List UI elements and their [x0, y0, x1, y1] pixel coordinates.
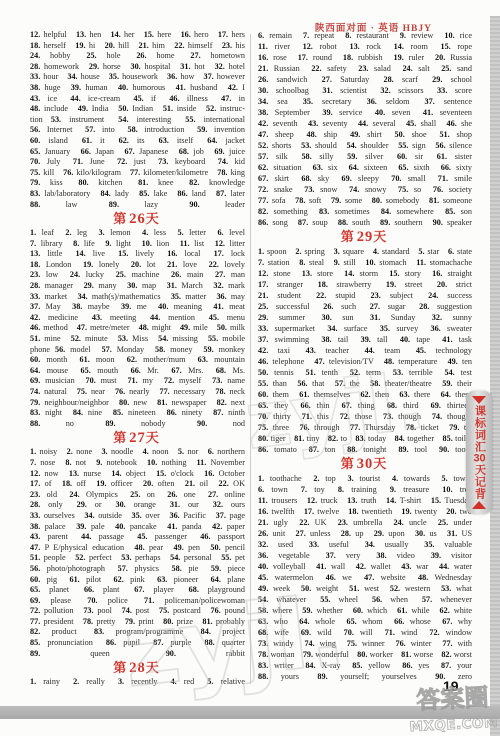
- word-line: 33. supermarket 34. surface 35. survey 3…: [258, 323, 472, 334]
- word-line: 56. Internet 57. into 58. introduction 5…: [30, 125, 245, 136]
- word-line: 65. they 66. thin 67. thing 68. third 69…: [258, 400, 472, 411]
- word-line: 17. of 18. off 19. officer 20. often 21.…: [30, 479, 245, 490]
- word-line: 42. taxi 43. teacher 44. team 45. techno…: [258, 345, 472, 356]
- word-line: 70. July 71. June 72. just 73. keyboard …: [30, 157, 245, 168]
- day-heading: 第28天: [30, 660, 245, 676]
- word-line: 51. people 52. perfect 53. perhaps 54. p…: [30, 553, 245, 564]
- word-line: 50. tennis 51. tenth 52. term 53. terrib…: [258, 367, 472, 378]
- word-line: 75. kill 76. kilo/kilogram 77. kilometer…: [30, 168, 245, 179]
- page-edge-strip: [490, 16, 500, 736]
- word-line: 37. swimming 38. tail 39. tall 40. tape …: [258, 334, 472, 345]
- word-line: 29. summer 30. sun 31. Sunday 32. sunny: [258, 312, 472, 323]
- word-line: 54. whatever 55. wheel 56. when 57. when…: [258, 594, 472, 605]
- side-tab-vocab-30days[interactable]: 课标词汇30天记背: [466, 391, 492, 514]
- word-line: 72. pollution 73. pool 74. post 75. post…: [30, 606, 245, 617]
- word-line: 33. ourselves 34. outside 35. over 36. P…: [30, 511, 245, 522]
- word-line: 16. twelfth 17. twelve 18. twentieth 19.…: [258, 506, 472, 517]
- word-line: phone 56. model 57. Monday 58. money 59.…: [30, 345, 245, 356]
- word-line: 79. kiss 80. kitchen 81. knee 82. knowle…: [30, 178, 245, 189]
- page-number: 19: [443, 678, 459, 694]
- word-line: 33. market 34. math(s)/mathematics 35. m…: [30, 292, 245, 303]
- word-line: 16. rose 17. round 18. rubbish 19. ruler…: [258, 52, 472, 63]
- word-line: 58. where 59. whether 60. which 61. whil…: [258, 605, 472, 616]
- word-line: 74. natural 75. near 76. nearly 77. nece…: [30, 387, 245, 398]
- word-line: 18. herself 19. hi 20. hill 21. him 22. …: [30, 41, 245, 52]
- word-line: 69. please 70. police 71. policeman/poli…: [30, 596, 245, 607]
- word-line: 56. photo/photograph 57. physics 58. pie…: [30, 564, 245, 575]
- triangle-down-icon: [472, 396, 486, 404]
- word-line: 51. mine 52. minute 53. Miss 54. missing…: [30, 334, 245, 345]
- word-line: 85. pronunciation 86. pupil 87. purple 8…: [30, 638, 245, 649]
- day-heading: 第29天: [258, 229, 472, 245]
- word-line: 13. little 14. live 15. lively 16. local…: [30, 249, 245, 260]
- word-line: tion 53. instrument 54. interesting 55. …: [30, 115, 245, 126]
- word-line: 78. woman 79. wonderful 80. worker 81. w…: [258, 649, 472, 660]
- word-line: 88. yours 89. yourself; yourselves 90. z…: [258, 671, 472, 682]
- word-line: 21. student 22. stupid 23. subject 24. s…: [258, 290, 472, 301]
- word-line: 23. old 24. Olympics 25. on 26. one 27. …: [30, 490, 245, 501]
- word-line: 11. trousers 12. truck 13. truth 14. T-s…: [258, 495, 472, 506]
- word-line: 52. shorts 53. should 54. shoulder 55. s…: [258, 140, 472, 151]
- word-line: 60. month 61. moon 62. mother/mum 63. mo…: [30, 355, 245, 366]
- word-line: 38. palace 39. pale 40. pancake 41. pand…: [30, 522, 245, 533]
- word-line: 47. sheep 48. ship 49. shirt 50. shoe 51…: [258, 129, 472, 140]
- page-bottom-band: [0, 706, 500, 719]
- word-line: 32. used 33. useful 34. usually 35. valu…: [258, 539, 472, 550]
- word-line: 40. volleyball 41. wall 42. wallet 43. w…: [258, 561, 472, 572]
- word-line: 36. vegetable 37. very 38. video 39. vis…: [258, 550, 472, 561]
- word-line: 82. something 83. sometimes 84. somewher…: [258, 206, 472, 217]
- word-line: 1. rainy 2. really 3. recently 4. red 5.…: [30, 677, 245, 688]
- word-line: 28. only 29. or 30. orange 31. our 32. o…: [30, 500, 245, 511]
- word-line: 37. May 38. maybe 39. me 40. meaning 41.…: [30, 302, 245, 313]
- word-line: 88. no 89. nobody 90. nod: [30, 419, 245, 430]
- word-line: 24. hobby 25. hole 26. home 27. hometown: [30, 51, 245, 62]
- word-line: 63. who 64. whole 65. whom 66. whose 67.…: [258, 616, 472, 627]
- word-line: 21. Russian 22. safety 23. salad 24. sal…: [258, 63, 472, 74]
- left-column: 12. helpful 13. hen 14. her 15. here 16.…: [30, 30, 245, 688]
- word-line: 65. planet 66. plant 67. player 68. play…: [30, 585, 245, 596]
- word-line: 43. ice 44. ice-cream 45. if 46. illness…: [30, 94, 245, 105]
- word-line: 47. P E/physical education 48. pear 49. …: [30, 543, 245, 554]
- word-line: 46. telephone 47. television/TV 48. temp…: [258, 356, 472, 367]
- triangle-up-icon: [472, 501, 486, 509]
- word-line: 70. thirty 71. this 72. those 73. though…: [258, 411, 472, 422]
- word-line: 30. schoolbag 31. scientist 32. scissors…: [258, 85, 472, 96]
- word-line: 60. island 61. it 62. its 63. itself 64.…: [30, 136, 245, 147]
- word-line: 86. song 87. soup 88. south 89. southern…: [258, 217, 472, 228]
- word-line: 43. parent 44. passage 45. passenger 46.…: [30, 532, 245, 543]
- word-line: 33. hour 34. house 35. housework 36. how…: [30, 72, 245, 83]
- word-line: 42. seventh 43. seventy 44. several 45. …: [258, 118, 472, 129]
- word-line: 73. windy 74. wing 75. winner 76. winter…: [258, 638, 472, 649]
- word-line: 86. tomato 87. ton 88. tonight 89. tool …: [258, 444, 472, 455]
- word-line: 79. neighbour/neighbor 80. new 81. newsp…: [30, 398, 245, 409]
- word-line: 83. lab/laboratory 84. lady 85. lake 86.…: [30, 189, 245, 200]
- word-line: 77. president 78. pretty 79. print 80. p…: [30, 617, 245, 628]
- word-line: 57. silk 58. silly 59. silver 60. sir 61…: [258, 151, 472, 162]
- word-line: 17. stranger 18. strawberry 19. street 2…: [258, 279, 472, 290]
- right-column: 6. remain 7. repeat 8. restaurant 9. rev…: [258, 30, 472, 682]
- side-tab-label: 课标词汇30天记背: [474, 405, 485, 500]
- column-divider: [250, 34, 251, 684]
- word-line: 65. January 66. Japan 67. Japanese 68. j…: [30, 147, 245, 158]
- word-line: 60. them 61. themselves 62. then 63. the…: [258, 389, 472, 400]
- word-line: 28. manager 29. many 30. map 31. March 3…: [30, 281, 245, 292]
- word-line: 55. than 56. that 57. the 58. theater/th…: [258, 378, 472, 389]
- word-line: 18. London 19. lonely 20. lot 21. love 2…: [30, 260, 245, 271]
- word-line: 1. leaf 2. leg 3. lemon 4. less 5. lette…: [30, 228, 245, 239]
- word-line: 64. mouse 65. mouth 66. Mr. 67. Mrs. 68.…: [30, 366, 245, 377]
- word-line: 25. successful 26. such 27. sugar 28. su…: [258, 301, 472, 312]
- word-line: 12. now 13. nurse 14. object 15. o'clock…: [30, 469, 245, 480]
- word-line: 89. queen 90. rabbit: [30, 649, 245, 660]
- word-line: 77. sofa 78. soft 79. some 80. somebody …: [258, 195, 472, 206]
- word-line: 48. include 49. India 50. Indian 51. ins…: [30, 104, 245, 115]
- word-line: 69. musician 70. must 71. my 72. myself …: [30, 376, 245, 387]
- book-page: 陕西面对面 · 英语 HBJY 12. helpful 13. hen 14. …: [0, 0, 500, 736]
- word-line: 1. toothache 2. top 3. tourist 4. toward…: [258, 473, 472, 484]
- word-line: 42. medicine 43. meeting 44. mention 45.…: [30, 313, 245, 324]
- day-heading: 第30天: [258, 456, 472, 472]
- word-line: 45. watermelon 46. we 47. website 48. We…: [258, 572, 472, 583]
- word-line: 12. helpful 13. hen 14. her 15. here 16.…: [30, 30, 245, 41]
- word-line: 80. tiger 81. tiny 82. to 83. today 84. …: [258, 433, 472, 444]
- word-line: 6. remain 7. repeat 8. restaurant 9. rev…: [258, 30, 472, 41]
- word-line: 83. writer 84. X-ray 85. yellow 86. yes …: [258, 660, 472, 671]
- word-line: 49. week 50. weight 51. west 52. western…: [258, 583, 472, 594]
- word-line: 1. noisy 2. none 3. noodle 4. noon 5. no…: [30, 447, 245, 458]
- word-line: 12. stone 13. store 14. storm 15. story …: [258, 268, 472, 279]
- word-line: 6. town 7. toy 8. training 9. treasure 1…: [258, 484, 472, 495]
- word-line: 26. sandwich 27. Saturday 28. scarf 29. …: [258, 74, 472, 85]
- word-line: 88. law 89. lazy 90. leader: [30, 200, 245, 211]
- word-line: 68. wife 69. wild 70. will 71. wind 72. …: [258, 627, 472, 638]
- word-line: 28. homework 29. horse 30. hospital 31. …: [30, 62, 245, 73]
- word-line: 75. three 76. through 77. Thursday 78. t…: [258, 422, 472, 433]
- word-line: 67. skirt 68. sky 69. sleepy 70. small 7…: [258, 173, 472, 184]
- word-line: 1. spoon 2. spring 3. square 4. standard…: [258, 246, 472, 257]
- word-line: 72. snake 73. snow 74. snowy 75. so 76. …: [258, 184, 472, 195]
- word-line: 21. ugly 22. UK 23. umbrella 24. uncle 2…: [258, 517, 472, 528]
- word-line: 7. nose 8. not 9. notebook 10. nothing 1…: [30, 458, 245, 469]
- word-line: 82. product 83. program/programme 84. pr…: [30, 627, 245, 638]
- word-line: 62. situation 63. six 64. sixteen 65. si…: [258, 162, 472, 173]
- word-line: 60. pig 61. pilot 62. pink 63. pioneer 6…: [30, 575, 245, 586]
- word-line: 7. station 8. steal 9. still 10. stomach…: [258, 257, 472, 268]
- word-line: 23. low 24. lucky 25. machine 26. main 2…: [30, 270, 245, 281]
- word-line: 38. September 39. service 40. seven 41. …: [258, 107, 472, 118]
- day-heading: 第27天: [30, 430, 245, 446]
- word-line: 46. method 47. metre/meter 48. might 49.…: [30, 323, 245, 334]
- word-line: 83. night 84. nine 85. nineteen 86. nine…: [30, 408, 245, 419]
- word-line: 38. huge 39. human 40. humorous 41. husb…: [30, 83, 245, 94]
- word-line: 7. library 8. life 9. light 10. lion 11.…: [30, 239, 245, 250]
- day-heading: 第26天: [30, 211, 245, 227]
- word-line: 34. sea 35. secretary 36. seldom 37. sen…: [258, 96, 472, 107]
- word-line: 26. unit 27. unless 28. up 29. upon 30. …: [258, 528, 472, 539]
- word-line: 11. river 12. robot 13. rock 14. room 15…: [258, 41, 472, 52]
